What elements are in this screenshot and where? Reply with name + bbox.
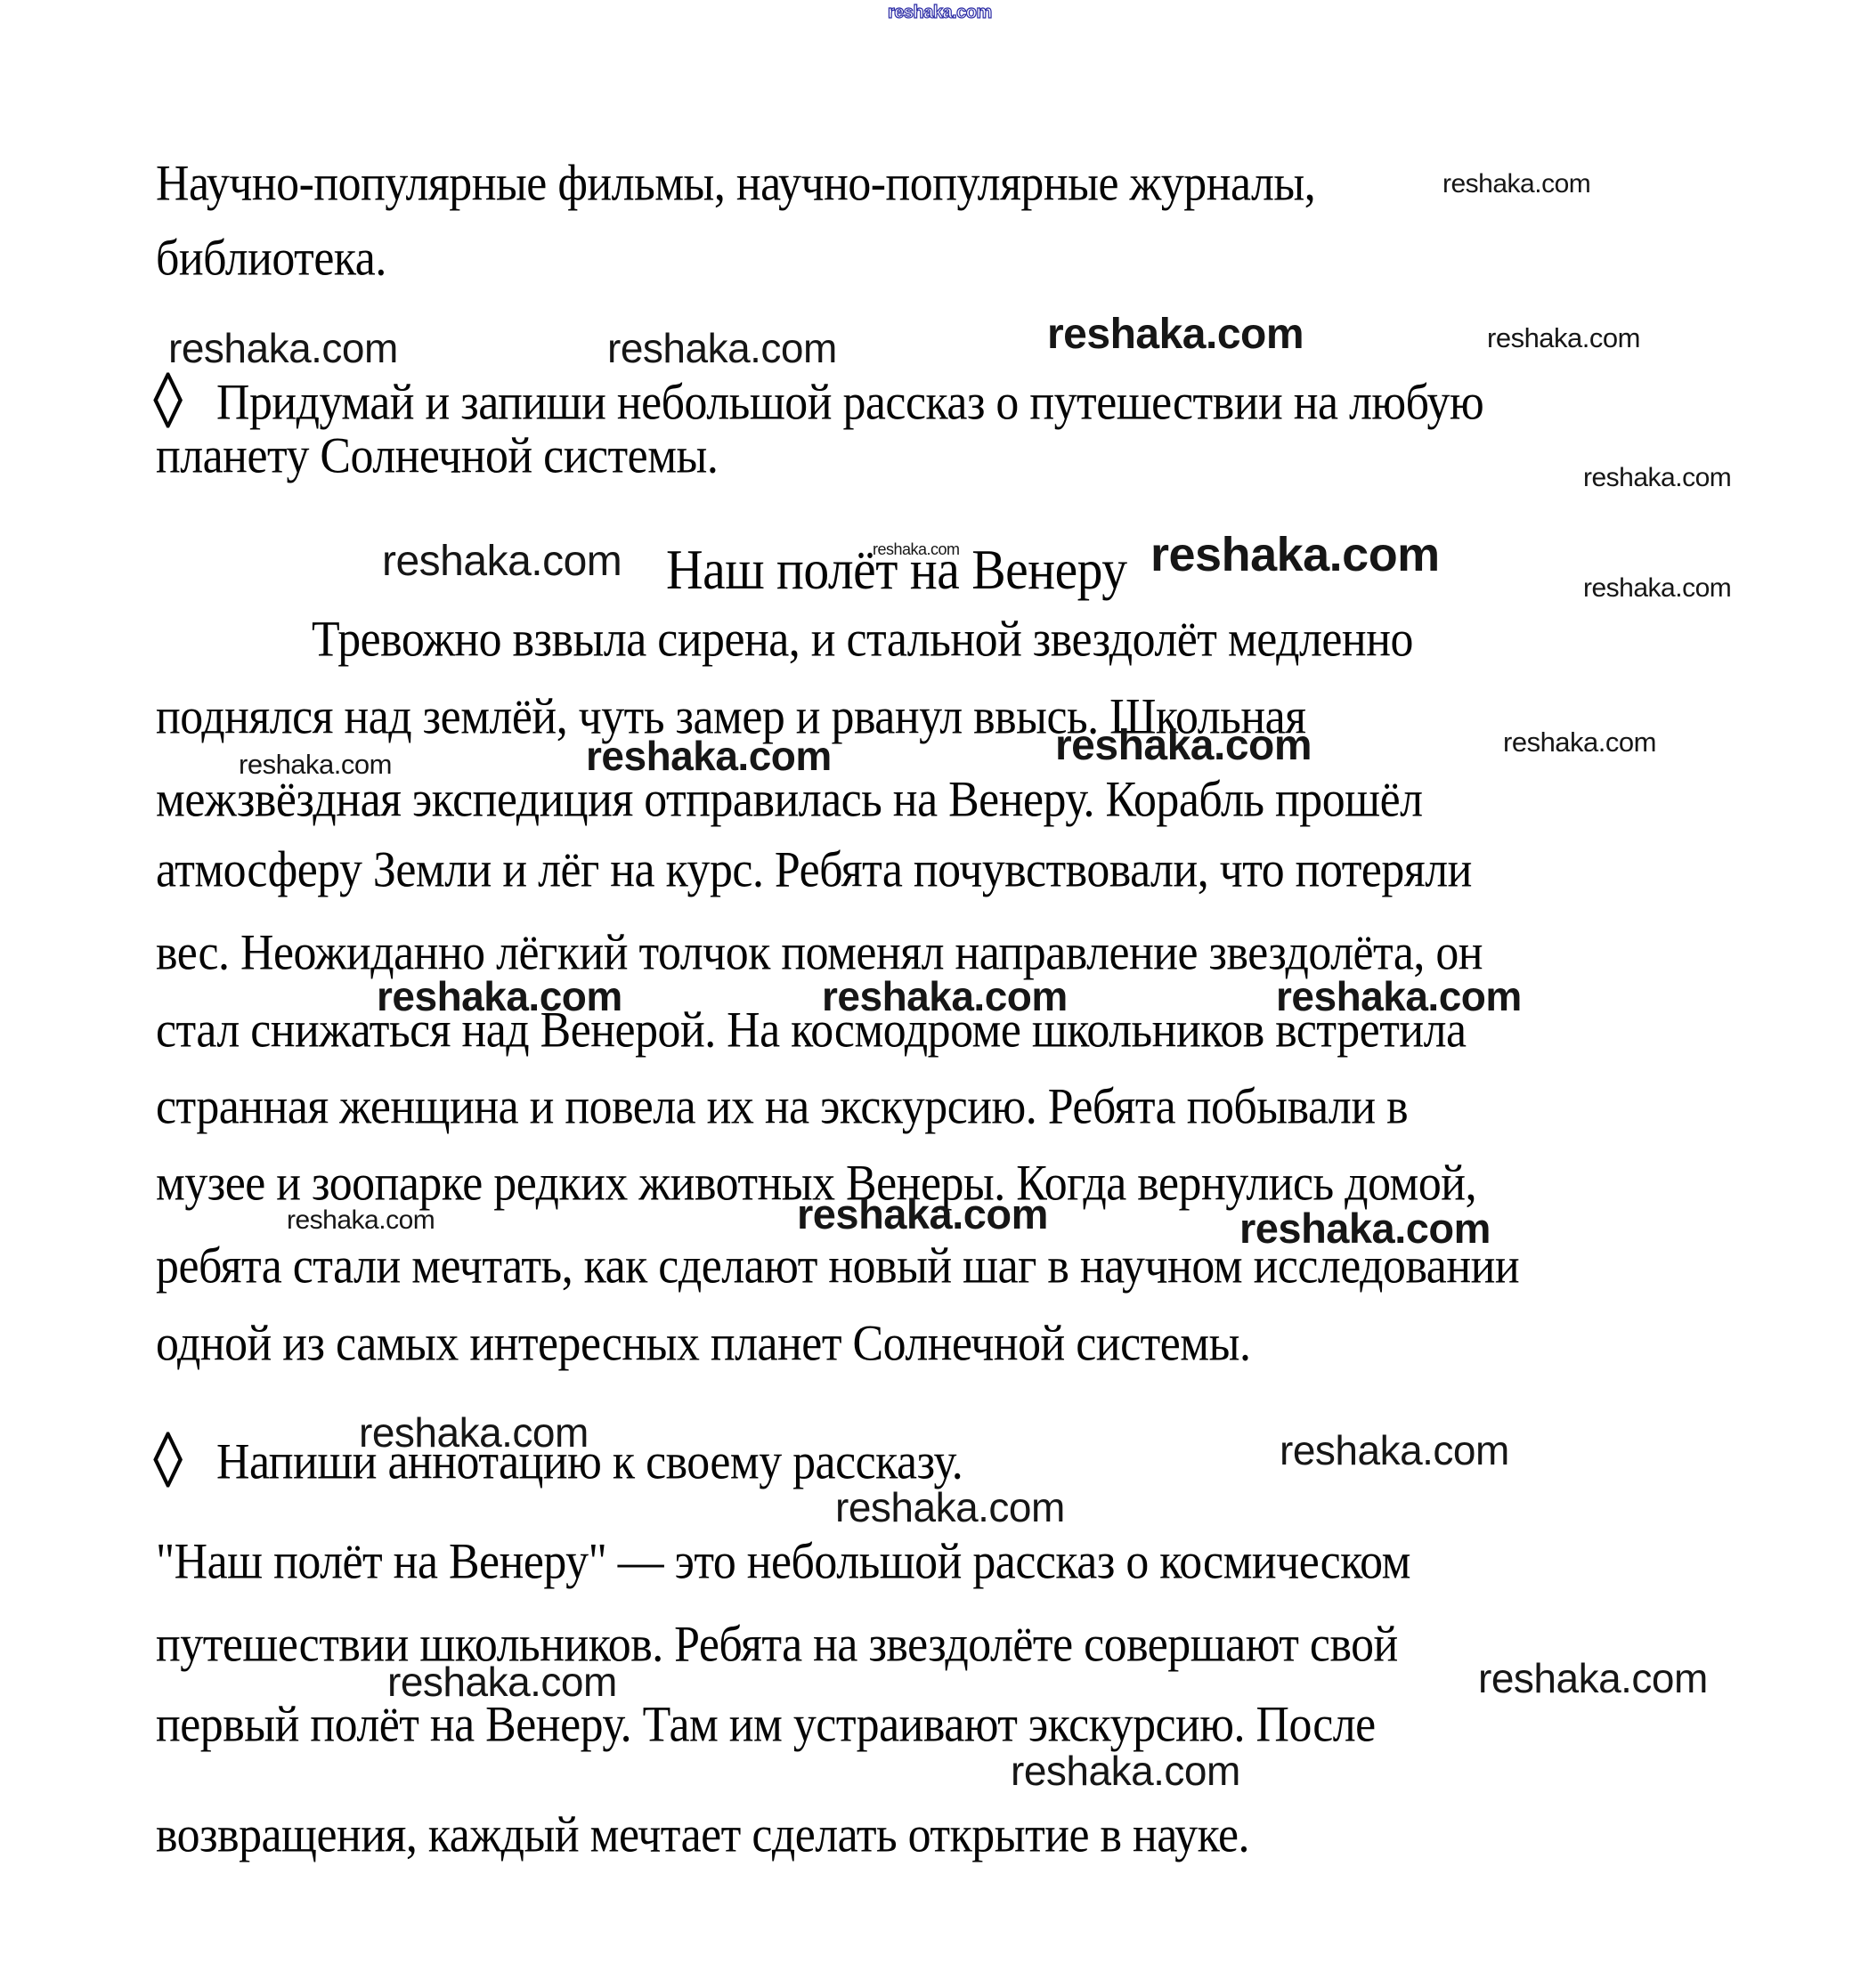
story-line-9: ребята стали мечтать, как сделают новый … [156, 1240, 1519, 1291]
intro-line-2: библиотека. [156, 232, 386, 283]
watermark-row1-2: reshaka.com [607, 328, 837, 369]
task2-line-1: Напиши аннотацию к своему рассказу. [216, 1436, 963, 1487]
story-line-4: атмосферу Земли и лёг на курс. Ребята по… [156, 844, 1472, 895]
diamond-bullet-icon: ◊ [153, 1423, 183, 1501]
intro-line-1: Научно-популярные фильмы, научно-популяр… [156, 158, 1315, 208]
story-line-7: странная женщина и повела их на экскурси… [156, 1081, 1408, 1132]
watermark-title-right: reshaka.com [1150, 531, 1440, 579]
watermark-top-blue: reshaka.com [888, 4, 992, 21]
story-line-5: вес. Неожиданно лёгкий толчок поменял на… [156, 927, 1483, 978]
watermark-right-2: reshaka.com [1583, 575, 1731, 602]
story-line-3: межзвёздная экспедиция отправилась на Ве… [156, 774, 1423, 824]
annotation-line-1: "Наш полёт на Венеру" — это небольшой ра… [156, 1536, 1410, 1586]
annotation-line-2: путешествии школьников. Ребята на звездо… [156, 1619, 1398, 1669]
watermark-row1-1: reshaka.com [168, 328, 398, 369]
watermark-rowC-2: reshaka.com [797, 1193, 1048, 1235]
watermark-after-intro: reshaka.com [1442, 171, 1590, 198]
document-page: reshaka.com Научно-популярные фильмы, на… [0, 0, 1869, 1988]
watermark-rowC-1: reshaka.com [287, 1207, 435, 1234]
annotation-line-3: первый полёт на Венеру. Там им устраиваю… [156, 1699, 1376, 1749]
watermark-right-1: reshaka.com [1583, 465, 1731, 491]
story-line-10: одной из самых интересных планет Солнечн… [156, 1318, 1250, 1368]
watermark-title-tiny: reshaka.com [873, 541, 960, 557]
watermark-row1-3: reshaka.com [1047, 313, 1304, 356]
watermark-task2-below: reshaka.com [835, 1487, 1065, 1528]
watermark-task2-right: reshaka.com [1280, 1430, 1509, 1471]
watermark-title-left: reshaka.com [382, 540, 622, 583]
task1-line-1: Придумай и запиши небольшой рассказ о пу… [216, 377, 1483, 427]
watermark-annot-right: reshaka.com [1478, 1658, 1708, 1699]
watermark-row1-4: reshaka.com [1487, 324, 1640, 352]
watermark-annot-center: reshaka.com [1011, 1750, 1240, 1791]
task1-line-2: планету Солнечной системы. [156, 430, 718, 481]
watermark-rowA-4: reshaka.com [1503, 728, 1656, 756]
annotation-line-4: возвращения, каждый мечтает сделать откр… [156, 1809, 1249, 1860]
watermark-rowA-3: reshaka.com [1055, 725, 1312, 767]
story-line-1: Тревожно взвыла сирена, и стальной звезд… [312, 613, 1413, 664]
story-line-6: стал снижаться над Венерой. На космодром… [156, 1004, 1467, 1055]
